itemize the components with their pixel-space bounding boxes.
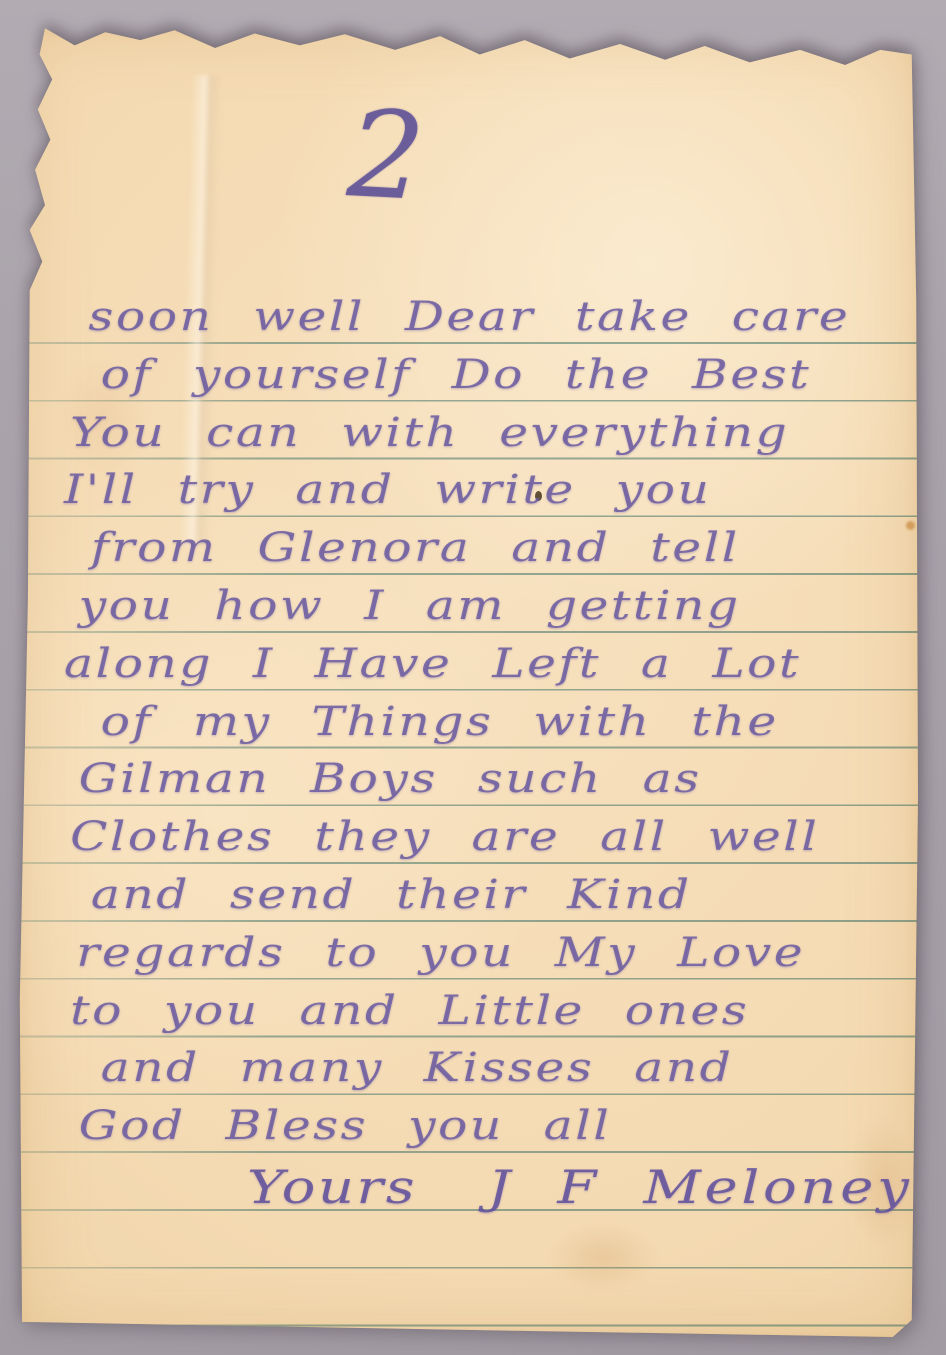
- letter-line: Gilman Boys such as: [79, 751, 946, 809]
- signature-text: J F Meloney: [488, 1160, 913, 1214]
- closing-text: Yours: [247, 1160, 417, 1214]
- letter-line: of my Things with the: [101, 694, 946, 752]
- letter-line: God Bless you all: [79, 1098, 946, 1156]
- letter-line: along I Have Left a Lot: [64, 636, 946, 694]
- letter-body: soon well Dear take careof yourself Do t…: [64, 289, 946, 1218]
- letter-line: Clothes they are all well: [70, 809, 946, 867]
- letter-paper: 2 soon well Dear take careof yourself Do…: [18, 27, 918, 1337]
- letter-line: to you and Little ones: [70, 983, 946, 1041]
- paper-shadow-wrap: 2 soon well Dear take careof yourself Do…: [0, 0, 946, 1355]
- letter-scan: 2 soon well Dear take careof yourself Do…: [0, 0, 946, 1355]
- letter-line: soon well Dear take care: [88, 289, 946, 347]
- letter-line: regards to you My Love: [76, 925, 946, 983]
- letter-line: You can with everything: [70, 405, 946, 463]
- stain: [548, 1222, 658, 1292]
- letter-line: of yourself Do the Best: [101, 347, 946, 405]
- letter-lines: soon well Dear take careof yourself Do t…: [64, 289, 946, 1156]
- signature-row: YoursJ F Meloney: [247, 1156, 946, 1218]
- letter-line: you how I am getting: [79, 578, 946, 636]
- page-number: 2: [345, 95, 428, 219]
- letter-line: from Glenora and tell: [91, 520, 946, 578]
- letter-line: I'll try and write you: [64, 462, 946, 520]
- letter-line: and send their Kind: [91, 867, 946, 925]
- letter-line: and many Kisses and: [101, 1040, 946, 1098]
